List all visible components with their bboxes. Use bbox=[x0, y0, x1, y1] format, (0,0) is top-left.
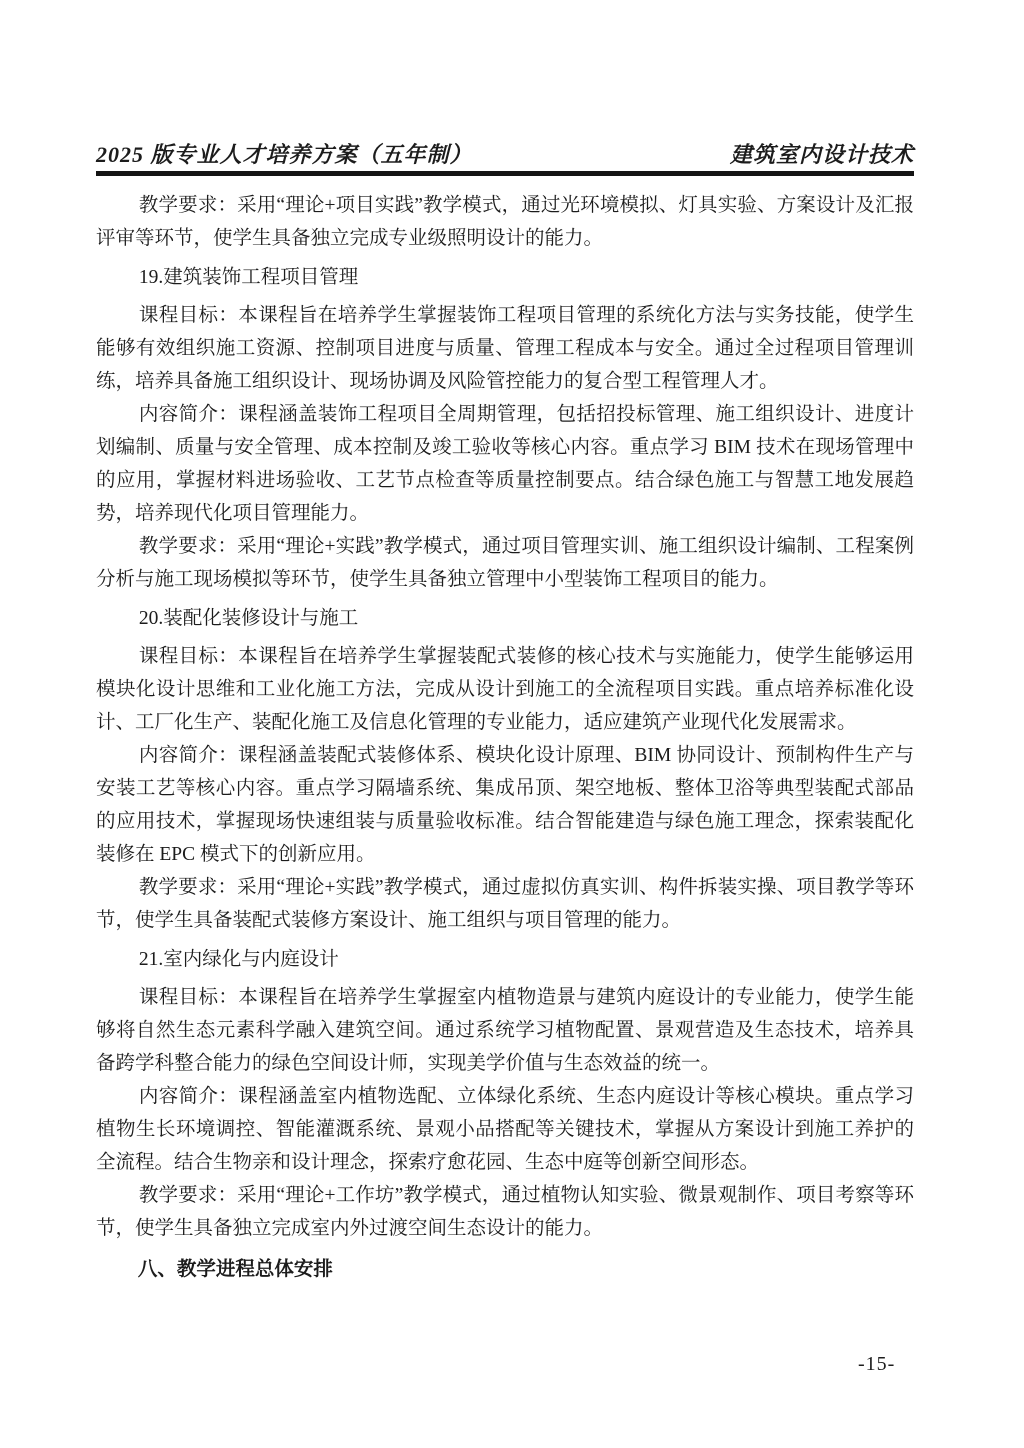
section-heading-teaching-schedule: 八、教学进程总体安排 bbox=[96, 1253, 914, 1286]
paragraph-course-intro-19: 内容简介：课程涵盖装饰工程项目全周期管理，包括招投标管理、施工组织设计、进度计划… bbox=[96, 398, 914, 530]
course-title-21: 21.室内绿化与内庭设计 bbox=[96, 943, 914, 976]
course-title-20: 20.装配化装修设计与施工 bbox=[96, 602, 914, 635]
header-divider-rule bbox=[96, 171, 914, 176]
paragraph-course-goal-19: 课程目标：本课程旨在培养学生掌握装饰工程项目管理的系统化方法与实务技能，使学生能… bbox=[96, 299, 914, 398]
page-header: 2025 版专业人才培养方案（五年制） 建筑室内设计技术 bbox=[96, 138, 914, 169]
paragraph-course-goal-21: 课程目标：本课程旨在培养学生掌握室内植物造景与建筑内庭设计的专业能力，使学生能够… bbox=[96, 981, 914, 1080]
document-page: 2025 版专业人才培养方案（五年制） 建筑室内设计技术 教学要求：采用“理论+… bbox=[0, 0, 1024, 1448]
header-title-program: 2025 版专业人才培养方案（五年制） bbox=[96, 138, 473, 169]
paragraph-course-intro-21: 内容简介：课程涵盖室内植物选配、立体绿化系统、生态内庭设计等核心模块。重点学习植… bbox=[96, 1080, 914, 1179]
paragraph-course-goal-20: 课程目标：本课程旨在培养学生掌握装配式装修的核心技术与实施能力，使学生能够运用模… bbox=[96, 640, 914, 739]
page-number: -15- bbox=[858, 1353, 895, 1376]
document-body: 教学要求：采用“理论+项目实践”教学模式，通过光环境模拟、灯具实验、方案设计及汇… bbox=[96, 189, 914, 1286]
paragraph-teaching-req-19: 教学要求：采用“理论+实践”教学模式，通过项目管理实训、施工组织设计编制、工程案… bbox=[96, 530, 914, 596]
paragraph-teaching-req-lighting: 教学要求：采用“理论+项目实践”教学模式，通过光环境模拟、灯具实验、方案设计及汇… bbox=[96, 189, 914, 255]
header-title-major: 建筑室内设计技术 bbox=[730, 138, 914, 169]
paragraph-teaching-req-21: 教学要求：采用“理论+工作坊”教学模式，通过植物认知实验、微景观制作、项目考察等… bbox=[96, 1179, 914, 1245]
course-title-19: 19.建筑装饰工程项目管理 bbox=[96, 261, 914, 294]
paragraph-teaching-req-20: 教学要求：采用“理论+实践”教学模式，通过虚拟仿真实训、构件拆装实操、项目教学等… bbox=[96, 871, 914, 937]
paragraph-course-intro-20: 内容简介：课程涵盖装配式装修体系、模块化设计原理、BIM 协同设计、预制构件生产… bbox=[96, 739, 914, 871]
